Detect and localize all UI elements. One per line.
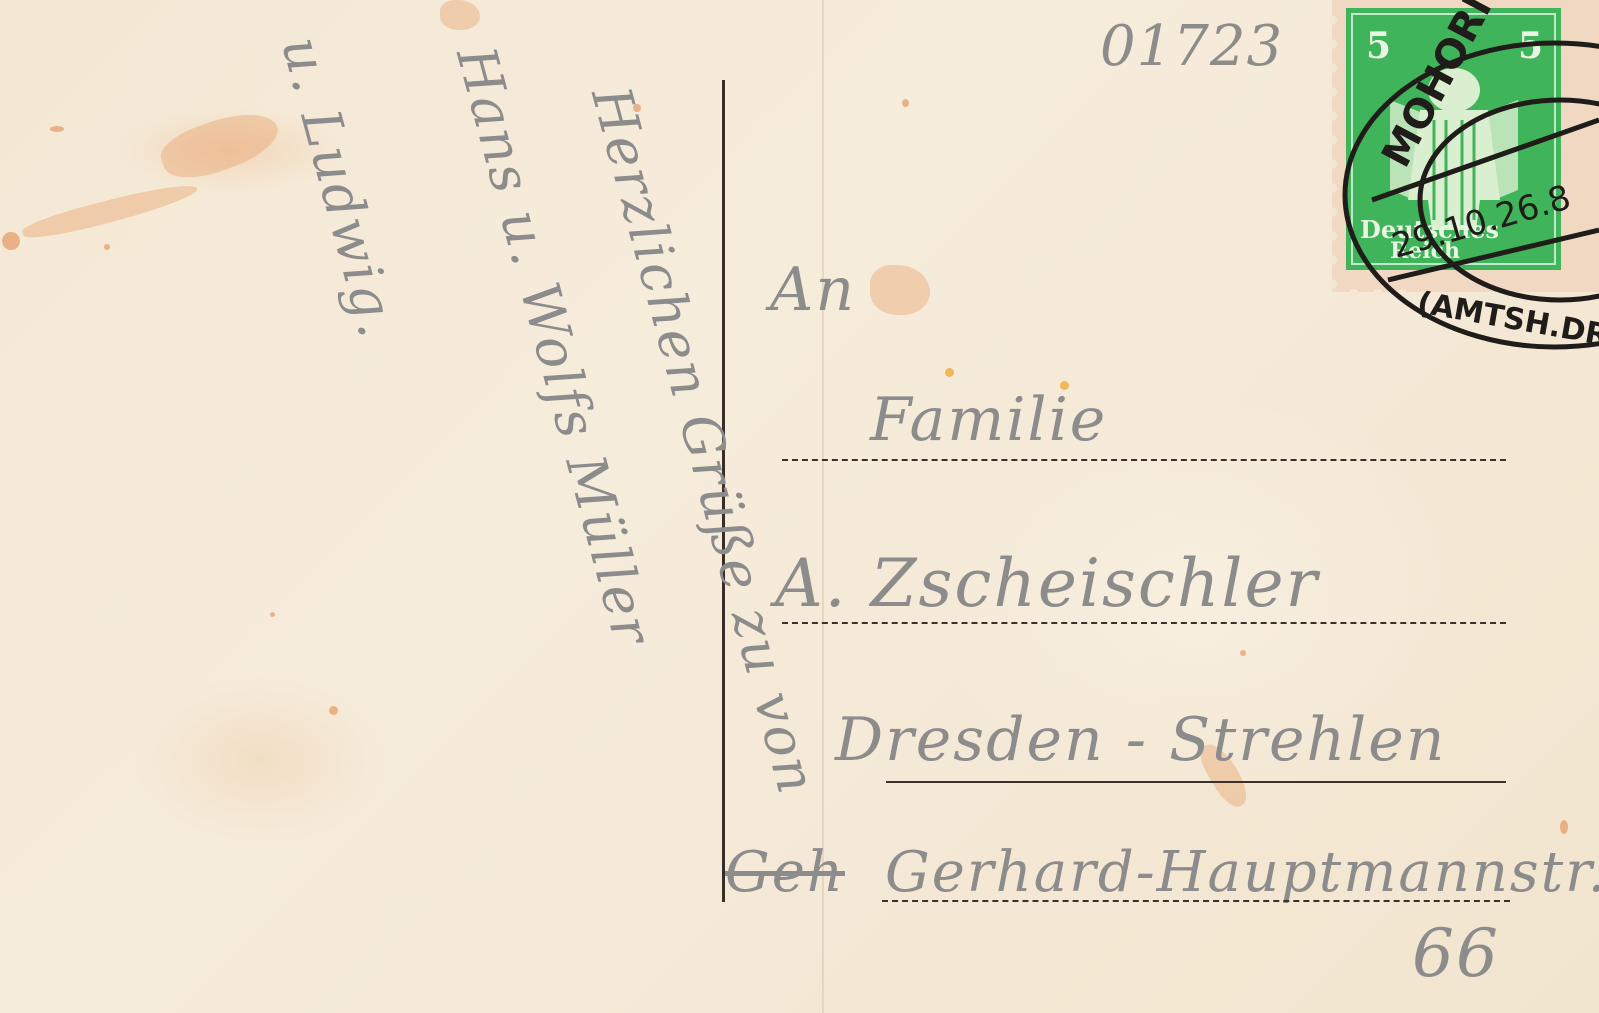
address-house-number: 66 <box>1412 915 1500 992</box>
stain-dot <box>2 232 20 250</box>
archive-number: 01723 <box>1100 14 1283 79</box>
message-line-1: Herzlichen Grüße zu von <box>579 80 829 801</box>
address-salutation: An <box>770 255 856 325</box>
address-line-street: Gerhard-Hauptmannstr. <box>885 840 1599 905</box>
address-line-city: Dresden - Strehlen <box>835 705 1446 775</box>
postcard-back: 01723 Herzlichen Grüße zu von Hans u. Wo… <box>0 0 1599 1013</box>
stain <box>440 0 480 30</box>
address-dotted-line-2 <box>782 622 1506 624</box>
stain-dot <box>104 244 110 250</box>
address-underline-3 <box>886 781 1506 783</box>
stain-dot <box>270 612 275 617</box>
stain <box>155 101 285 189</box>
address-struck-prefix: Geh <box>725 840 845 905</box>
stain-dot <box>1560 820 1568 834</box>
svg-text:5: 5 <box>1366 25 1391 67</box>
stain-dot <box>902 99 909 107</box>
stain-dot <box>50 126 64 132</box>
stain-dot <box>1240 650 1246 656</box>
address-line-family: Familie <box>870 385 1107 455</box>
address-dotted-line-1 <box>782 459 1506 461</box>
postage-stamp: 5 5 Deutsches Reich M <box>1330 0 1599 360</box>
stain-dot <box>945 368 954 377</box>
stain <box>870 265 930 315</box>
stain <box>20 177 200 245</box>
address-dotted-line-4 <box>882 900 1510 902</box>
address-line-name: A. Zscheischler <box>775 545 1319 622</box>
message-line-3: u. Ludwig. <box>269 30 410 345</box>
stamp-eagle-icon: 5 5 Deutsches Reich M <box>1330 0 1599 360</box>
stain-dot <box>329 706 338 715</box>
